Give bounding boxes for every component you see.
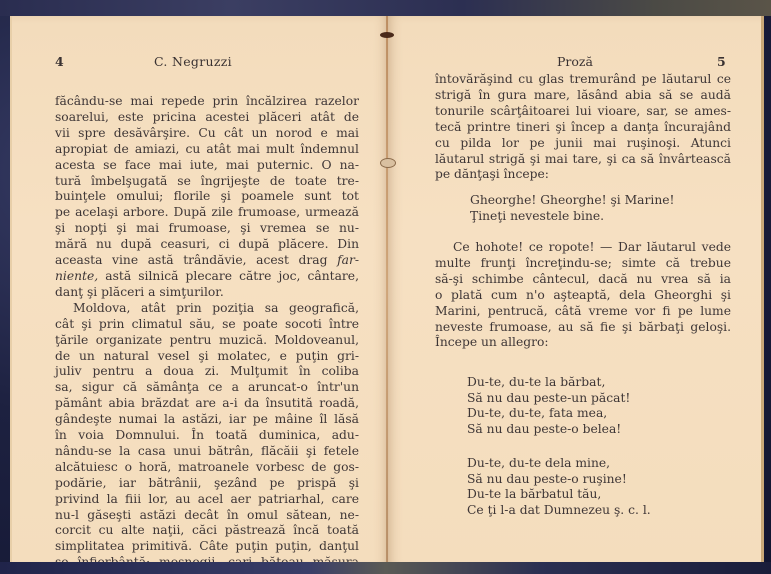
left-page-body: făcându-se mai repede prin încălzirea ra… xyxy=(55,94,359,571)
text-line: juliv pentru a doua zi. Mulţumit în coli… xyxy=(55,364,359,380)
text-line: acesta se face mai iute, mai puternic. O… xyxy=(55,158,359,174)
text-line: Marini, pentrucă, câtă vreme vor fi pe l… xyxy=(435,304,731,320)
text-line: Ce hohote! ce ropote! — Dar lăutarul ved… xyxy=(435,240,731,256)
text-line: nându-se la casa unui bătrân, flăcăii şi… xyxy=(55,444,359,460)
text-line: corcit cu alte naţii, căci păstrează înc… xyxy=(55,523,359,539)
italic-text: niente, xyxy=(55,269,98,283)
page-number: 5 xyxy=(717,54,726,69)
binding-stitch-icon xyxy=(380,32,394,38)
verse-line: Să nu dau peste-o ruşine! xyxy=(467,472,651,488)
text-line: buinţele omului; florile şi poamele sunt… xyxy=(55,189,359,205)
text-line: să-şi schimbe cântecul, dacă nu vrea să … xyxy=(435,272,731,288)
text-line: podărie, iar bătrânii, şezând pe prispă … xyxy=(55,476,359,492)
text-line: întovărăşind cu glas tremurând pe lăutar… xyxy=(435,72,731,88)
italic-text: far- xyxy=(337,253,359,267)
text-line: soarelui, este pricina acestei plăceri a… xyxy=(55,110,359,126)
text-line: tecă printre tineri şi încep a danţa înc… xyxy=(435,120,731,136)
text-line: făcându-se mai repede prin încălzirea ra… xyxy=(55,94,359,110)
text-line: danţ şi plăceri a simţurilor. xyxy=(55,285,359,301)
text-line: de un natural vesel şi molatec, e puţin … xyxy=(55,349,359,365)
binding-stitch-icon xyxy=(380,158,396,168)
text-line: sa, sigur că sămânţa ce a aruncat-o într… xyxy=(55,380,359,396)
page-number: 4 xyxy=(55,54,64,69)
text-line: strigă în gura mare, lăsând abia să se a… xyxy=(435,88,731,104)
text-line: apropiat de amiazi, cu atât mai mult înd… xyxy=(55,142,359,158)
text-line: multe frunţi încreţindu-se; simte că tre… xyxy=(435,256,731,272)
text-line: neveste frumoase, au să fie şi bărbaţi g… xyxy=(435,320,731,336)
text-line: privind la fiii lor, au acel aer patriar… xyxy=(55,492,359,508)
verse-line: Ţineţi nevestele bine. xyxy=(470,209,674,225)
verse-line: Du-te, du-te, fata mea, xyxy=(467,406,630,422)
text-line: gândeşte numai la astăzi, iar pe mâine î… xyxy=(55,412,359,428)
verse-line: Ce ţi l-a dat Dumnezeu ş. c. l. xyxy=(467,503,651,519)
text-line: aceasta vine astă trândăvie, acest drag … xyxy=(55,253,359,269)
text-line: cât şi prin climatul său, se poate socot… xyxy=(55,317,359,333)
text-line: ţările organizate pentru muzică. Moldove… xyxy=(55,333,359,349)
text-line: alcătuiesc o horă, matroanele vorbesc de… xyxy=(55,460,359,476)
text-line: pământ abia brăzdat are a-i da însutită … xyxy=(55,396,359,412)
book-cover-bottom xyxy=(0,562,771,574)
verse-line: Gheorghe! Gheorghe! şi Marine! xyxy=(470,193,674,209)
right-page-para-2: Ce hohote! ce ropote! — Dar lăutarul ved… xyxy=(435,240,731,351)
verse-line: Du-te, du-te la bărbat, xyxy=(467,375,630,391)
text-line: Începe un allegro: xyxy=(435,335,731,351)
verse-line: Să nu dau peste-un păcat! xyxy=(467,391,630,407)
text-line: o plată cum n'o aşteaptă, dela Gheorghi … xyxy=(435,288,731,304)
left-page: 4 C. Negruzzi făcându-se mai repede prin… xyxy=(10,16,389,568)
verse-stanza-1: Gheorghe! Gheorghe! şi Marine! Ţineţi ne… xyxy=(470,193,674,224)
right-page: Proză 5 întovărăşind cu glas tremurând p… xyxy=(387,16,764,568)
text-line: în voia Domnului. În toată duminica, adu… xyxy=(55,428,359,444)
verse-line: Du-te la bărbatul tău, xyxy=(467,487,651,503)
text-line: tură îmbelşugată se îngrijeşte de toate … xyxy=(55,174,359,190)
book-spine-gutter xyxy=(386,16,388,568)
verse-line: Să nu dau peste-o belea! xyxy=(467,422,630,438)
text-line: tonurile scârţâitoarei lui vioare, sar, … xyxy=(435,104,731,120)
text-line: nu-l găseşti astăzi decât în omul sătean… xyxy=(55,508,359,524)
right-page-para-1: întovărăşind cu glas tremurând pe lăutar… xyxy=(435,72,731,183)
text-line: mără nu după ceasuri, ci după plăcere. D… xyxy=(55,237,359,253)
verse-stanza-2: Du-te, du-te la bărbat, Să nu dau peste-… xyxy=(467,375,630,437)
running-head-title: Proză xyxy=(557,54,593,69)
text-line: Moldova, atât prin poziţia sa geografică… xyxy=(55,301,359,317)
text-line: lăutarul strigă şi mai tare, şi ca să în… xyxy=(435,152,731,168)
text-line: şi nopţi şi mai frumoase, şi vremea se n… xyxy=(55,221,359,237)
verse-stanza-3: Du-te, du-te dela mine, Să nu dau peste-… xyxy=(467,456,651,518)
text-line: pe acelaşi arbore. După zile frumoase, u… xyxy=(55,205,359,221)
text-line: simplitatea primitivă. Câte puţin puţin,… xyxy=(55,539,359,555)
text-line: vii spre desăvârşire. Cu cât un norod e … xyxy=(55,126,359,142)
text-line: niente, astă silnică plecare către joc, … xyxy=(55,269,359,285)
text-line: cu pilda lor pe junii mai ruşinoşi. Atun… xyxy=(435,136,731,152)
text-line: pe dănţaşi începe: xyxy=(435,167,731,183)
book-cover-top xyxy=(0,0,771,16)
verse-line: Du-te, du-te dela mine, xyxy=(467,456,651,472)
running-head-author: C. Negruzzi xyxy=(154,54,232,69)
